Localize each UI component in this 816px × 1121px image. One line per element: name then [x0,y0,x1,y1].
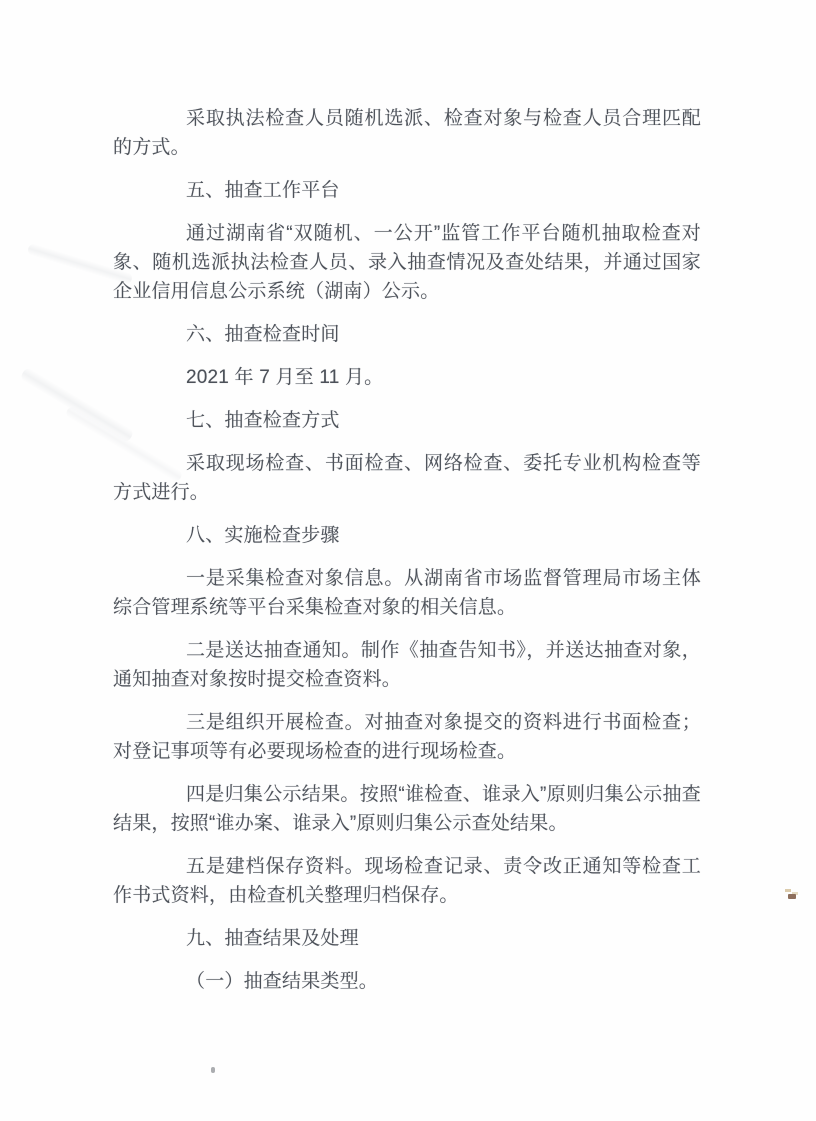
paragraph-step-1-collect: 一是采集检查对象信息。从湖南省市场监督管理局市场主体综合管理系统等平台采集检查对… [113,564,701,622]
paragraph-matching-method: 采取执法检查人员随机选派、检查对象与检查人员合理匹配的方式。 [113,104,701,162]
paragraph-step-5-archive: 五是建档保存资料。现场检查记录、责令改正通知等检查工作书式资料，由检查机关整理归… [113,852,701,910]
paragraph-platform-detail: 通过湖南省“双随机、一公开”监管工作平台随机抽取检查对象、随机选派执法检查人员、… [113,219,701,306]
scan-speck-artifact [788,894,796,899]
paragraph-result-types: （一）抽查结果类型。 [113,967,701,996]
scan-speck-artifact [211,1067,215,1073]
section-heading-9-results: 九、抽查结果及处理 [113,924,701,953]
paragraph-step-2-notify: 二是送达抽查通知。制作《抽查告知书》，并送达抽查对象，通知抽查对象按时提交检查资… [113,636,701,694]
paragraph-step-3-inspect: 三是组织开展检查。对抽查对象提交的资料进行书面检查；对登记事项等有必要现场检查的… [113,708,701,766]
paragraph-method-detail: 采取现场检查、书面检查、网络检查、委托专业机构检查等方式进行。 [113,449,701,507]
document-text-block: 采取执法检查人员随机选派、检查对象与检查人员合理匹配的方式。 五、抽查工作平台 … [113,104,701,1010]
section-heading-5-platform: 五、抽查工作平台 [113,176,701,205]
section-heading-7-method: 七、抽查检查方式 [113,406,701,435]
section-heading-6-time: 六、抽查检查时间 [113,320,701,349]
paragraph-time-range: 2021 年 7 月至 11 月。 [113,363,701,392]
section-heading-8-steps: 八、实施检查步骤 [113,521,701,550]
paragraph-step-4-publish: 四是归集公示结果。按照“谁检查、谁录入”原则归集公示抽查结果，按照“谁办案、谁录… [113,780,701,838]
scanned-document-page: 采取执法检查人员随机选派、检查对象与检查人员合理匹配的方式。 五、抽查工作平台 … [0,0,816,1121]
